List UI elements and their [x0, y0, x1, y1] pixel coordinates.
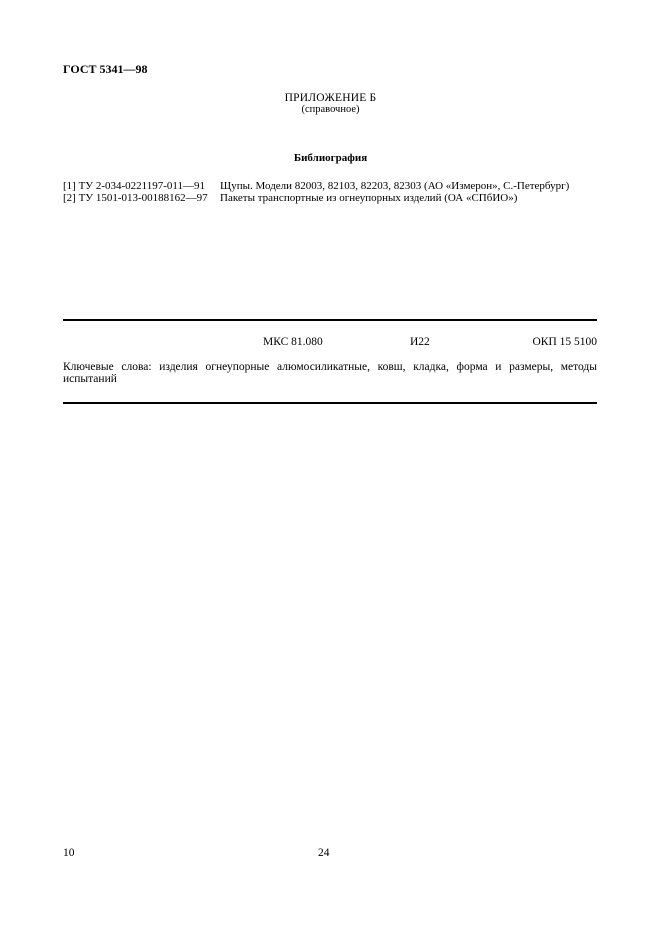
- divider-bottom: [63, 402, 597, 404]
- bibliography-title: Библиография: [0, 152, 661, 164]
- annex-title: ПРИЛОЖЕНИЕ Б: [0, 92, 661, 104]
- reference-number: [1] ТУ 2-034-0221197-011—91: [63, 180, 205, 192]
- reference-description: Пакеты транспортные из огнеупорных издел…: [220, 192, 517, 204]
- okp-code: ОКП 15 5100: [532, 336, 597, 348]
- reference-number: [2] ТУ 1501-013-00188162—97: [63, 192, 208, 204]
- group-code: И22: [410, 336, 430, 348]
- mks-code: МКС 81.080: [263, 336, 323, 348]
- divider-top: [63, 319, 597, 321]
- page-number-left: 10: [63, 847, 75, 859]
- document-code: ГОСТ 5341—98: [63, 62, 148, 77]
- keywords: Ключевые слова: изделия огнеупорные алюм…: [63, 361, 597, 385]
- annex-subtitle: (справочное): [0, 104, 661, 115]
- reference-description: Щупы. Модели 82003, 82103, 82203, 82303 …: [220, 180, 569, 192]
- page-number-center: 24: [318, 847, 330, 859]
